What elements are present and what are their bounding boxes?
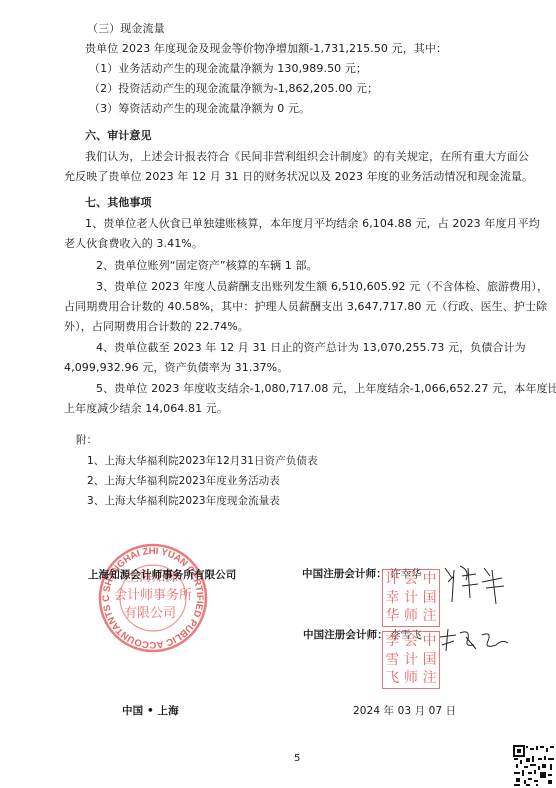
cpa-1-label: 中国注册会计师：: [302, 567, 387, 581]
report-date: 2024 年 03 月 07 日: [353, 704, 456, 718]
matter-5-line-2: 上年度减少结余 14,064.81 元。: [64, 402, 228, 416]
cpa-2-label: 中国注册会计师：: [303, 628, 388, 642]
matter-3-line-2: 占同期费用合计数的 40.58%，其中：护理人员薪酬支出 3,647,717.8…: [64, 300, 547, 314]
matter-4-line-2: 4,099,932.96 元，资产负债率为 31.37%。: [64, 361, 288, 375]
matter-2-line-1: 2、贵单位账列“固定资产”核算的车辆 1 部。: [96, 259, 318, 273]
qr-code-icon[interactable]: [512, 744, 556, 788]
audit-opinion-line-1: 我们认为，上述会计报表符合《民间非营利组织会计制度》的有关规定，在所有重大方面公: [85, 150, 529, 164]
attachment-2: 2、上海大华福利院2023年度业务活动表: [87, 474, 280, 488]
other-matters-heading: 七、其他事项: [85, 196, 152, 210]
cash-flow-heading: （三）现金流量: [87, 22, 165, 36]
cpa-2-signature-icon: [436, 625, 516, 655]
location: 中国 • 上海: [122, 704, 179, 718]
matter-3-line-3: 外），占同期费用合计数的 22.74%。: [64, 320, 249, 334]
attachments-label: 附：: [76, 433, 97, 447]
cash-flow-item-2: （2）投资活动产生的现金流量净额为-1,862,205.00 元；: [89, 82, 378, 96]
matter-4-line-1: 4、贵单位截至 2023 年 12 月 31 日止的资产总计为 13,070,2…: [96, 341, 526, 355]
audit-opinion-heading: 六、审计意见: [85, 129, 152, 143]
attachment-3: 3、上海大华福利院2023年度现金流量表: [87, 494, 280, 508]
audit-opinion-line-2: 允反映了贵单位 2023 年 12 月 31 日的财务状况以及 2023 年度的…: [64, 170, 533, 184]
cpa-1-signature-icon: [440, 560, 510, 605]
firm-seal-line-3: 有限公司: [124, 602, 176, 621]
cash-flow-item-1: （1）业务活动产生的现金流量净额为 130,989.50 元；: [89, 62, 367, 76]
firm-name: 上海知源会计师事务所有限公司: [88, 568, 236, 582]
cpa-1-seal: 许 会 中 幸 计 国 华 师 注: [382, 569, 440, 627]
attachment-1: 1、上海大华福利院2023年12月31日资产负债表: [87, 454, 318, 468]
matter-3-line-1: 3、贵单位 2023 年度人员薪酬支出账列发生额 6,510,605.92 元（…: [96, 280, 548, 294]
matter-5-line-1: 5、贵单位 2023 年度收支结余-1,080,717.08 元，上年度结余-1…: [96, 382, 556, 396]
page-number: 5: [294, 752, 300, 766]
cash-flow-item-3: （3）筹资活动产生的现金流量净额为 0 元。: [89, 102, 310, 116]
matter-1-line-1: 1、贵单位老人伙食已单独建账核算，本年度月平均结余 6,104.88 元，占 2…: [85, 217, 540, 231]
matter-1-line-2: 老人伙食费收入的 3.41%。: [64, 237, 203, 251]
cash-flow-summary: 贵单位 2023 年度现金及现金等价物净增加额-1,731,215.50 元，其…: [85, 42, 447, 56]
cpa-2-seal: 李 会 中 雪 计 国 飞 师 注: [382, 631, 440, 689]
firm-seal-line-2: 会计师事务所: [114, 584, 192, 603]
